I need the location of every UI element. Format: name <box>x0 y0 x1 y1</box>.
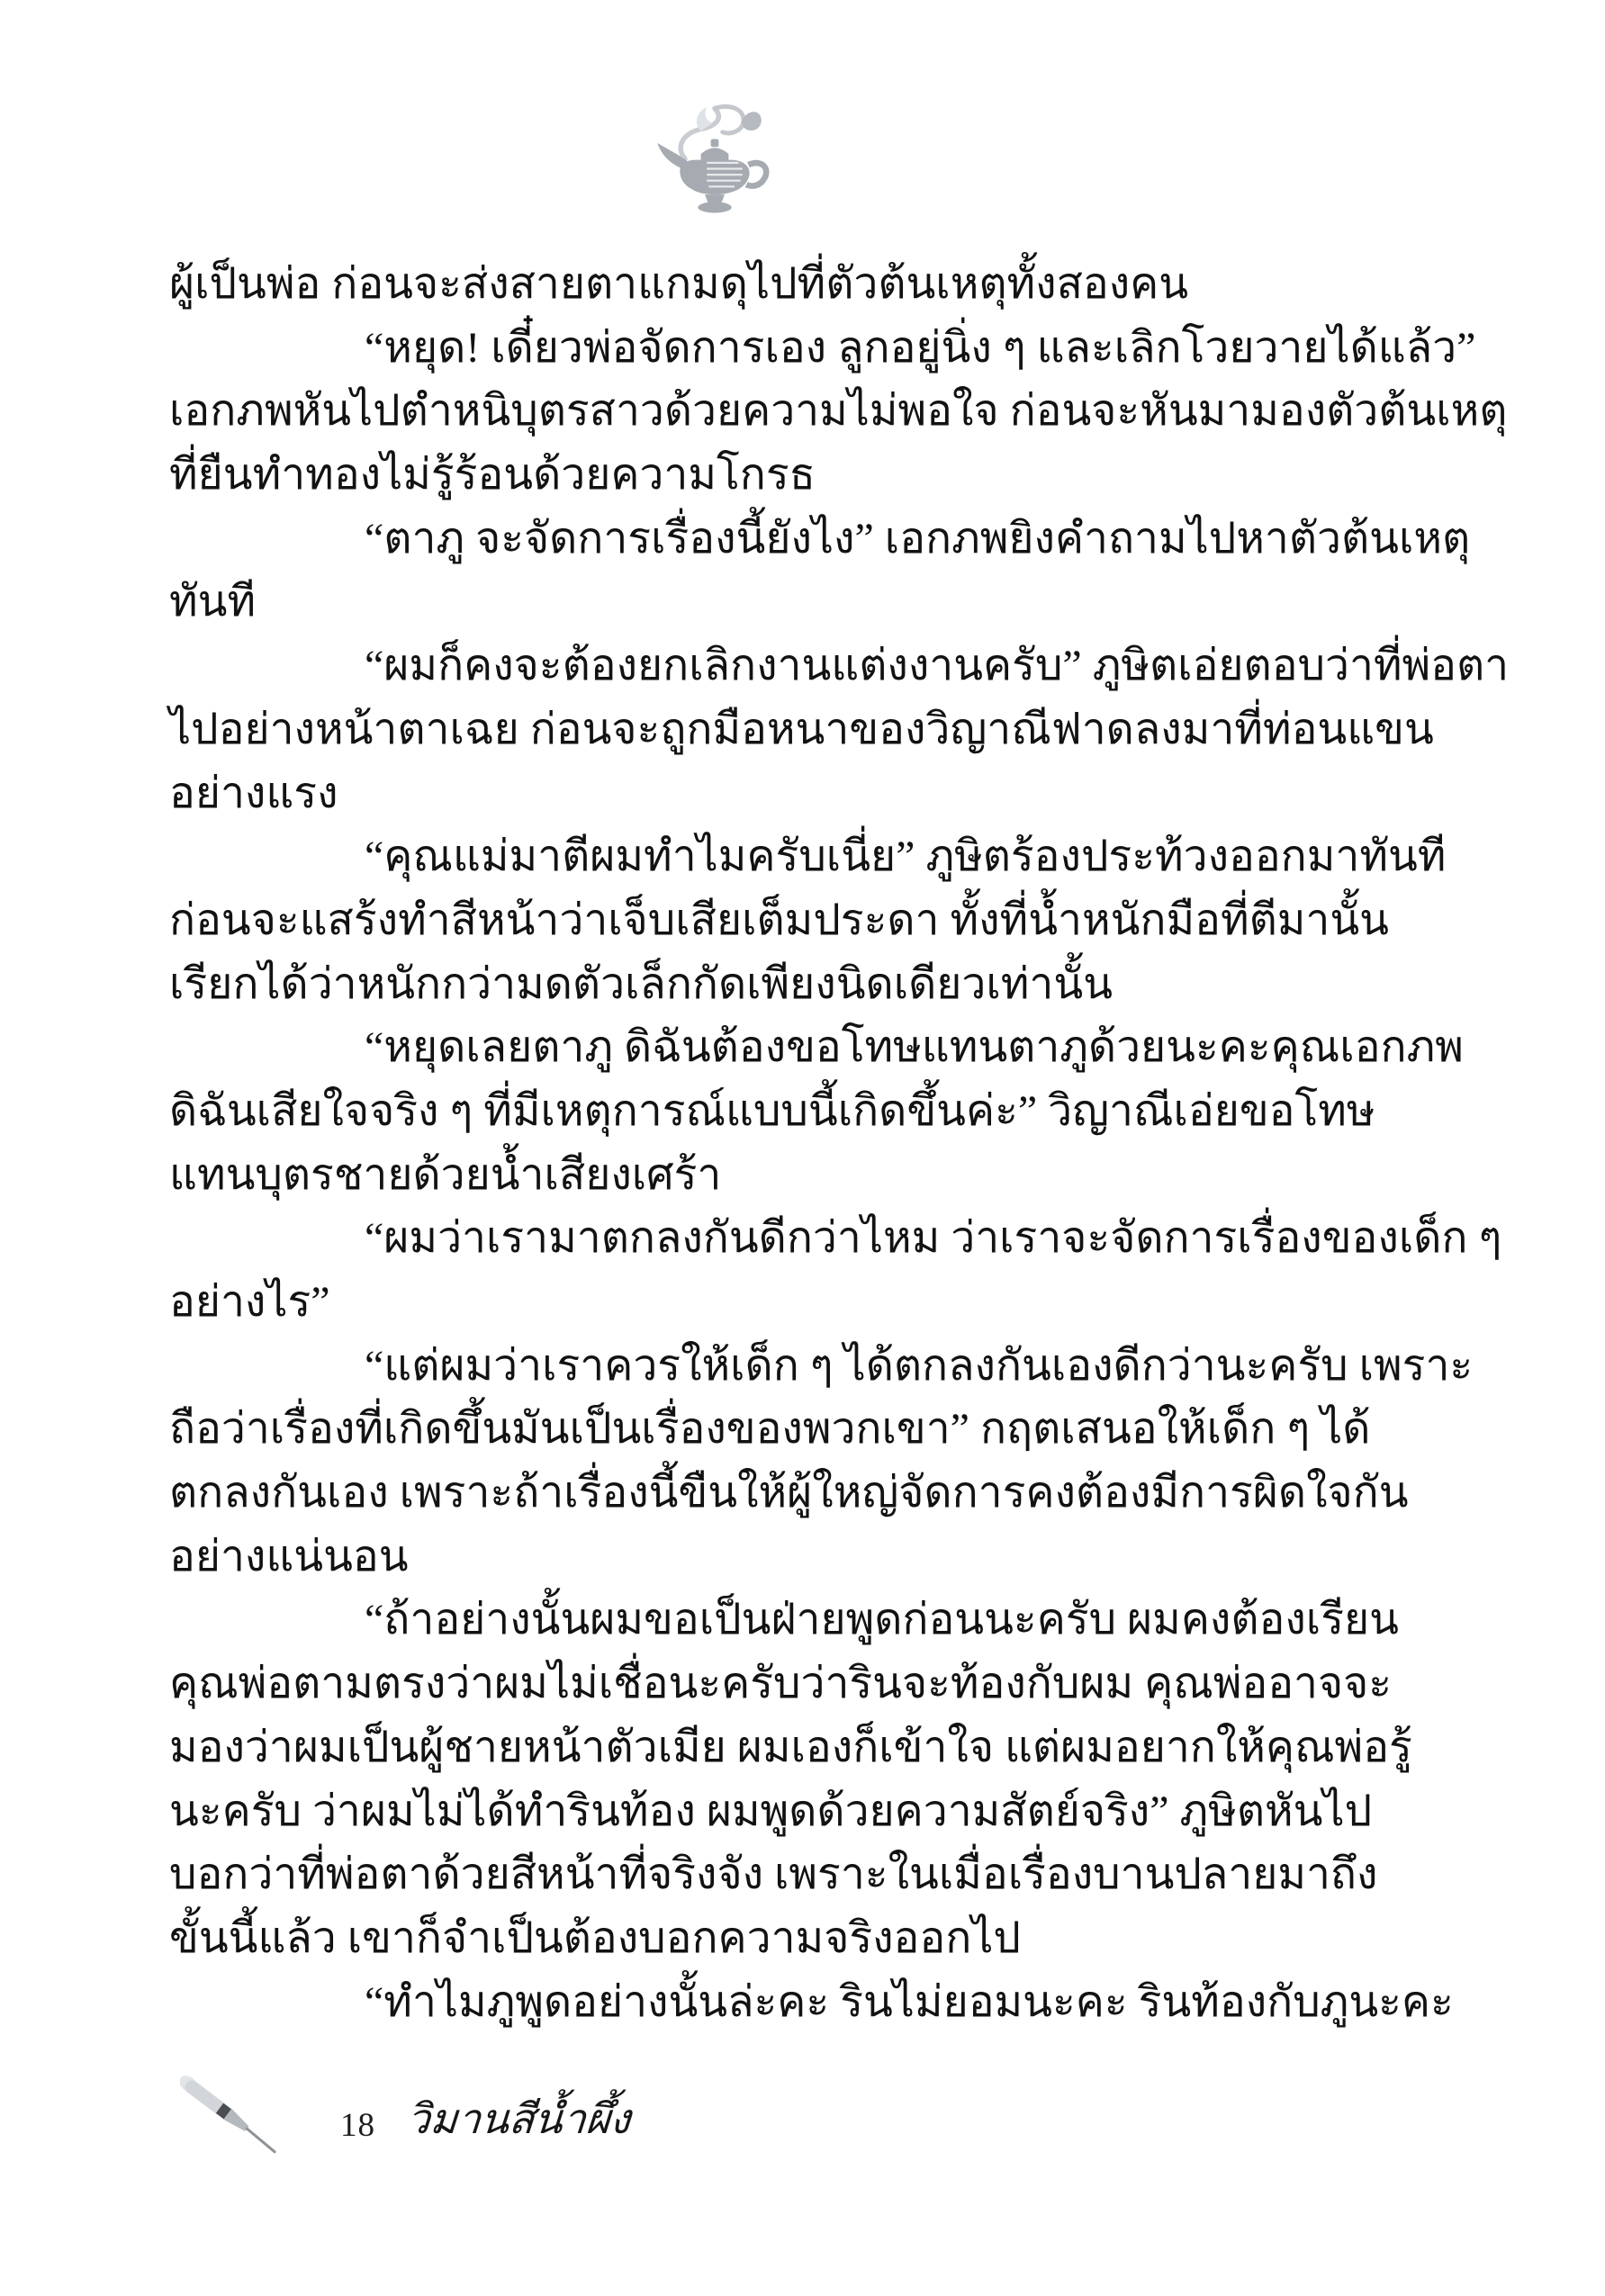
book-title: วิมานสีน้ำผึ้ง <box>404 2086 632 2152</box>
text-line: มองว่าผมเป็นผู้ชายหน้าตัวเมีย ผมเองก็เข้… <box>169 1716 1336 1780</box>
text-line: ทันที <box>169 571 1336 635</box>
text-line: อย่างไร” <box>169 1271 1336 1335</box>
text-line: ขั้นนี้แล้ว เขาก็จำเป็นต้องบอกความจริงออ… <box>169 1907 1336 1971</box>
text-line: เอกภพหันไปตำหนิบุตรสาวด้วยความไม่พอใจ ก่… <box>169 380 1336 444</box>
text-line: ตกลงกันเอง เพราะถ้าเรื่องนี้ขืนให้ผู้ใหญ… <box>169 1462 1336 1526</box>
text-line: อย่างแน่นอน <box>169 1526 1336 1589</box>
text-line: “ถ้าอย่างนั้นผมขอเป็นฝ่ายพูดก่อนนะครับ ผ… <box>169 1589 1336 1652</box>
text-line: อย่างแรง <box>169 762 1336 826</box>
text-line: ดิฉันเสียใจจริง ๆ ที่มีเหตุการณ์แบบนี้เก… <box>169 1080 1336 1144</box>
genie-lamp-icon <box>655 97 774 230</box>
text-line: เรียกได้ว่าหนักกว่ามดตัวเล็กกัดเพียงนิดเ… <box>169 953 1336 1017</box>
text-line: ที่ยืนทำทองไม่รู้ร้อนด้วยความโกรธ <box>169 444 1336 508</box>
text-line: “ทำไมภูพูดอย่างนั้นล่ะคะ รินไม่ยอมนะคะ ร… <box>169 1971 1336 2035</box>
text-line: ผู้เป็นพ่อ ก่อนจะส่งสายตาแกมดุไปที่ตัวต้… <box>169 253 1336 317</box>
text-line: “แต่ผมว่าเราควรให้เด็ก ๆ ได้ตกลงกันเองดี… <box>169 1335 1336 1399</box>
text-line: “ผมก็คงจะต้องยกเลิกงานแต่งงานครับ” ภูษิต… <box>169 635 1336 698</box>
text-line: “หยุด! เดี๋ยวพ่อจัดการเอง ลูกอยู่นิ่ง ๆ … <box>169 317 1336 381</box>
page-number: 18 <box>340 2106 375 2145</box>
text-line: บอกว่าที่พ่อตาด้วยสีหน้าที่จริงจัง เพราะ… <box>169 1843 1336 1907</box>
text-line: “ตาภู จะจัดการเรื่องนี้ยังไง” เอกภพยิงคำ… <box>169 508 1336 572</box>
text-line: นะครับ ว่าผมไม่ได้ทำรินท้อง ผมพูดด้วยควา… <box>169 1780 1336 1844</box>
fountain-pen-icon <box>180 2066 324 2183</box>
body-text: ผู้เป็นพ่อ ก่อนจะส่งสายตาแกมดุไปที่ตัวต้… <box>169 253 1336 2034</box>
text-line: ก่อนจะแสร้งทำสีหน้าว่าเจ็บเสียเต็มประดา … <box>169 889 1336 953</box>
text-line: ถือว่าเรื่องที่เกิดขึ้นมันเป็นเรื่องของพ… <box>169 1398 1336 1462</box>
text-line: คุณพ่อตามตรงว่าผมไม่เชื่อนะครับว่ารินจะท… <box>169 1652 1336 1716</box>
text-line: “หยุดเลยตาภู ดิฉันต้องขอโทษแทนตาภูด้วยนะ… <box>169 1016 1336 1080</box>
text-line: “ผมว่าเรามาตกลงกันดีกว่าไหม ว่าเราจะจัดก… <box>169 1207 1336 1271</box>
text-line: ไปอย่างหน้าตาเฉย ก่อนจะถูกมือหนาของวิญาณ… <box>169 698 1336 762</box>
text-line: แทนบุตรชายด้วยน้ำเสียงเศร้า <box>169 1144 1336 1208</box>
book-page: ผู้เป็นพ่อ ก่อนจะส่งสายตาแกมดุไปที่ตัวต้… <box>0 0 1605 2296</box>
text-line: “คุณแม่มาตีผมทำไมครับเนี่ย” ภูษิตร้องประ… <box>169 825 1336 889</box>
